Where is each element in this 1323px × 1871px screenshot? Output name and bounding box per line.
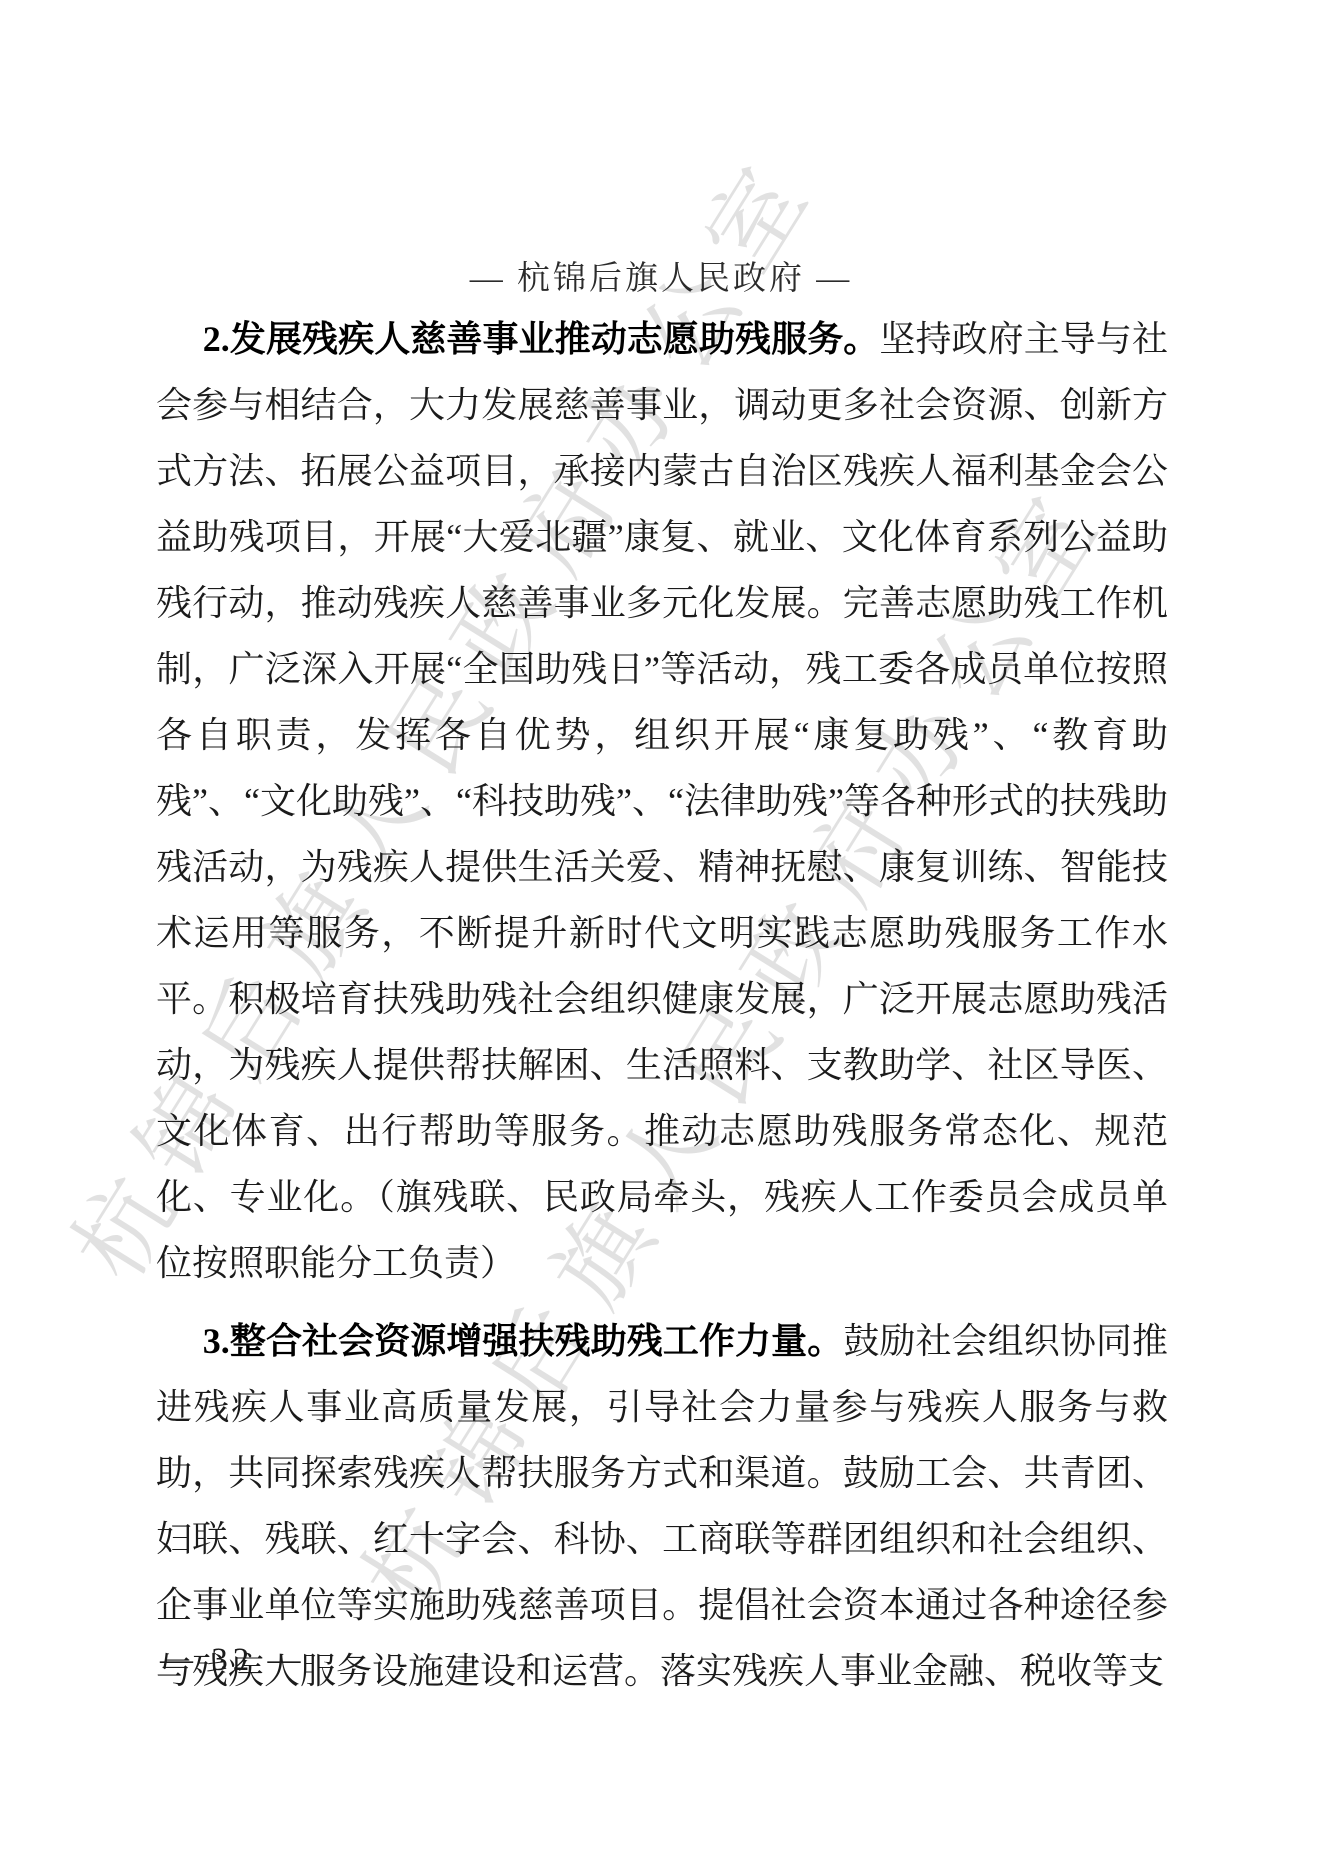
document-page: 杭锦后旗人民政府办公室 杭锦后旗人民政府办公室 — 杭锦后旗人民政府 — 2.发… — [0, 0, 1323, 1871]
paragraph-3-lead: 3.整合社会资源增强扶残助残工作力量。 — [203, 1321, 844, 1361]
paragraph-2: 2.发展残疾人慈善事业推动志愿助残服务。坚持政府主导与社会参与相结合，大力发展慈… — [156, 306, 1168, 1296]
paragraph-2-text: 坚持政府主导与社会参与相结合，大力发展慈善事业，调动更多社会资源、创新方式方法、… — [156, 319, 1168, 1283]
document-header: — 杭锦后旗人民政府 — — [155, 252, 1167, 299]
paragraph-2-lead: 2.发展残疾人慈善事业推动志愿助残服务。 — [203, 319, 880, 359]
page-number: — 32 — — [160, 1642, 306, 1679]
document-body: 2.发展残疾人慈善事业推动志愿助残服务。坚持政府主导与社会参与相结合，大力发展慈… — [156, 306, 1168, 1704]
paragraph-3-text: 鼓励社会组织协同推进残疾人事业高质量发展，引导社会力量参与残疾人服务与救助，共同… — [156, 1321, 1168, 1691]
paragraph-3: 3.整合社会资源增强扶残助残工作力量。鼓励社会组织协同推进残疾人事业高质量发展，… — [156, 1308, 1168, 1704]
